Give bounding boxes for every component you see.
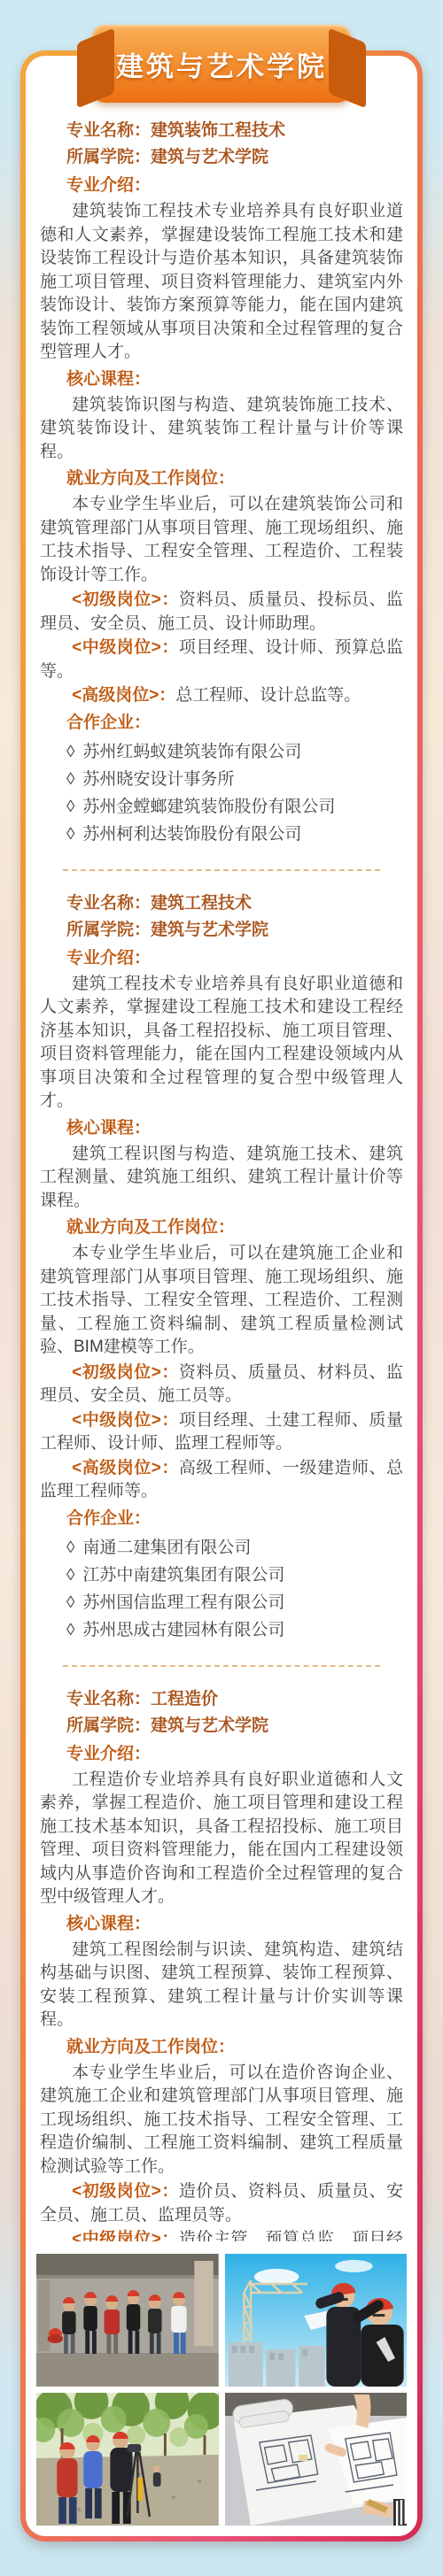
job-level-line: <中级岗位>：项目经理、设计师、预算总监等。	[40, 636, 403, 683]
partner-company-item: ◊苏州金螳螂建筑装饰股份有限公司	[40, 793, 403, 821]
intro-label: 专业介绍：	[40, 173, 403, 199]
diamond-bullet-icon: ◊	[66, 743, 74, 761]
college-label: 所属学院：	[66, 148, 151, 166]
partner-companies-list: ◊南通二建集团有限公司◊江苏中南建筑集团有限公司◊苏州国信监理工程有限公司◊苏州…	[40, 1534, 403, 1644]
dashed-divider	[63, 869, 380, 871]
major-name-value: 建筑装饰工程技术	[151, 121, 285, 140]
jobs-label: 就业方向及工作岗位：	[40, 1215, 403, 1241]
college-line: 所属学院：建筑与艺术学院	[40, 1713, 403, 1739]
photo-blueprint-work	[225, 2393, 408, 2526]
intro-label: 专业介绍：	[40, 945, 403, 972]
courses-label: 核心课程：	[40, 366, 403, 393]
courses-paragraph: 建筑装饰识图与构造、建筑装饰施工技术、建筑装饰设计、建筑装饰工程计量与计价等课程…	[40, 394, 403, 465]
college-card-inner: 专业名称：建筑装饰工程技术 所属学院：建筑与艺术学院 专业介绍： 建筑装饰工程技…	[26, 56, 417, 2536]
photo-construction-site-pointing	[225, 2254, 408, 2387]
diamond-bullet-icon: ◊	[66, 1566, 74, 1585]
college-title: 建筑与艺术学院	[116, 44, 327, 84]
jobs-paragraph: 本专业学生毕业后，可以在建筑装饰公司和建筑管理部门从事项目管理、施工现场组织、施…	[40, 493, 403, 587]
partner-company-item: ◊苏州红蚂蚁建筑装饰有限公司	[40, 738, 403, 766]
courses-paragraph: 建筑工程识图与构造、建筑施工技术、建筑工程测量、建筑施工组织、建筑工程计量计价等…	[40, 1143, 403, 1214]
partner-company-name: 南通二建集团有限公司	[82, 1539, 251, 1557]
partner-company-name: 苏州柯利达装饰股份有限公司	[82, 825, 301, 844]
intro-label: 专业介绍：	[40, 1741, 403, 1768]
college-label: 所属学院：	[66, 1716, 151, 1735]
job-level-line: <初级岗位>：造价员、资料员、质量员、安全员、施工员、监理员等。	[40, 2180, 403, 2227]
job-level-label: <高级岗位>：	[72, 1459, 179, 1477]
intro-paragraph: 建筑工程技术专业培养具有良好职业道德和人文素养，掌握建设工程施工技术和建设工程经…	[40, 973, 403, 1114]
jobs-label: 就业方向及工作岗位：	[40, 2034, 403, 2061]
job-level-line: <初级岗位>：资料员、质量员、投标员、监理员、安全员、施工员、设计师助理。	[40, 589, 403, 636]
job-levels: <初级岗位>：资料员、质量员、投标员、监理员、安全员、施工员、设计师助理。<中级…	[40, 589, 403, 708]
job-levels: <初级岗位>：资料员、质量员、材料员、监理员、安全员、施工员等。<中级岗位>：项…	[40, 1361, 403, 1504]
dashed-divider	[63, 1665, 380, 1667]
partner-company-item: ◊苏州柯利达装饰股份有限公司	[40, 821, 403, 848]
major-name-label: 专业名称：	[66, 1690, 151, 1708]
partner-company-item: ◊苏州思成古建园林有限公司	[40, 1616, 403, 1644]
job-level-label: <中级岗位>：	[72, 638, 179, 657]
job-level-roles: 总工程师、设计总监等。	[175, 686, 361, 705]
diamond-bullet-icon: ◊	[66, 1539, 74, 1557]
partner-company-name: 苏州红蚂蚁建筑装饰有限公司	[82, 743, 301, 761]
major-section-2: 专业名称：建筑工程技术 所属学院：建筑与艺术学院 专业介绍： 建筑工程技术专业培…	[36, 891, 407, 1644]
intro-paragraph: 工程造价专业培养具有良好职业道德和人文素养，掌握工程造价、施工项目管理和建设工程…	[40, 1769, 403, 1909]
job-level-line: <高级岗位>：高级工程师、一级建造师、总监理工程师等。	[40, 1457, 403, 1504]
jobs-label: 就业方向及工作岗位：	[40, 466, 403, 492]
diamond-bullet-icon: ◊	[66, 1621, 74, 1639]
jobs-paragraph: 本专业学生毕业后，可以在造价咨询企业、建筑施工企业和建筑管理部门从事项目管理、施…	[40, 2062, 403, 2179]
jobs-paragraph: 本专业学生毕业后，可以在建筑施工企业和建筑管理部门从事项目管理、施工现场组织、施…	[40, 1242, 403, 1360]
major-name-line: 专业名称：建筑装饰工程技术	[40, 118, 403, 144]
college-header-ribbon: 建筑与艺术学院	[92, 25, 351, 103]
diamond-bullet-icon: ◊	[66, 1593, 74, 1612]
photo-surveying-practice	[36, 2393, 219, 2526]
diamond-bullet-icon: ◊	[66, 825, 74, 844]
courses-label: 核心课程：	[40, 1911, 403, 1938]
photo-students-group	[36, 2254, 219, 2387]
college-value: 建筑与艺术学院	[151, 148, 268, 166]
job-level-line: <高级岗位>：总工程师、设计总监等。	[40, 684, 403, 708]
job-level-line: <中级岗位>：项目经理、土建工程师、质量工程师、设计师、监理工程师等。	[40, 1409, 403, 1456]
intro-paragraph: 建筑装饰工程技术专业培养具有良好职业道德和人文素养，掌握建设装饰工程施工技术和建…	[40, 200, 403, 365]
courses-label: 核心课程：	[40, 1115, 403, 1142]
major-name-label: 专业名称：	[66, 894, 151, 913]
partner-company-name: 苏州国信监理工程有限公司	[82, 1593, 284, 1612]
college-line: 所属学院：建筑与艺术学院	[40, 917, 403, 944]
job-levels: <初级岗位>：造价员、资料员、质量员、安全员、施工员、监理员等。<中级岗位>：造…	[40, 2180, 403, 2241]
partner-company-item: ◊苏州国信监理工程有限公司	[40, 1589, 403, 1616]
college-label: 所属学院：	[66, 921, 151, 939]
card-content: 专业名称：建筑装饰工程技术 所属学院：建筑与艺术学院 专业介绍： 建筑装饰工程技…	[36, 118, 407, 2241]
college-line: 所属学院：建筑与艺术学院	[40, 144, 403, 171]
major-name-value: 工程造价	[151, 1690, 218, 1708]
job-level-label: <中级岗位>：	[72, 2230, 179, 2241]
major-name-label: 专业名称：	[66, 121, 151, 140]
partner-company-name: 苏州晓安设计事务所	[82, 770, 234, 789]
partner-company-name: 江苏中南建筑集团有限公司	[82, 1566, 284, 1585]
job-level-label: <中级岗位>：	[72, 1411, 179, 1430]
job-level-line: <初级岗位>：资料员、质量员、材料员、监理员、安全员、施工员等。	[40, 1361, 403, 1408]
college-card: 专业名称：建筑装饰工程技术 所属学院：建筑与艺术学院 专业介绍： 建筑装饰工程技…	[20, 50, 423, 2541]
job-level-label: <初级岗位>：	[72, 2182, 179, 2201]
major-name-line: 专业名称：工程造价	[40, 1686, 403, 1713]
partner-company-item: ◊江苏中南建筑集团有限公司	[40, 1562, 403, 1589]
job-level-line: <中级岗位>：造价主管、预算总监、项目经理、建造师、质量工程师等。	[40, 2228, 403, 2241]
partners-label: 合作企业：	[40, 1506, 403, 1532]
college-value: 建筑与艺术学院	[151, 921, 268, 939]
major-name-value: 建筑工程技术	[151, 894, 252, 913]
major-section-1: 专业名称：建筑装饰工程技术 所属学院：建筑与艺术学院 专业介绍： 建筑装饰工程技…	[36, 118, 407, 848]
courses-paragraph: 建筑工程图绘制与识读、建筑构造、建筑结构基础与识图、建筑工程预算、装饰工程预算、…	[40, 1939, 403, 2032]
partner-company-name: 苏州金螳螂建筑装饰股份有限公司	[82, 798, 335, 816]
partner-company-item: ◊南通二建集团有限公司	[40, 1534, 403, 1562]
diamond-bullet-icon: ◊	[66, 770, 74, 789]
college-value: 建筑与艺术学院	[151, 1716, 268, 1735]
diamond-bullet-icon: ◊	[66, 798, 74, 816]
partner-company-item: ◊苏州晓安设计事务所	[40, 766, 403, 793]
job-level-label: <高级岗位>：	[72, 686, 175, 705]
partner-companies-list: ◊苏州红蚂蚁建筑装饰有限公司◊苏州晓安设计事务所◊苏州金螳螂建筑装饰股份有限公司…	[40, 738, 403, 848]
job-level-label: <初级岗位>：	[72, 1363, 179, 1382]
partner-company-name: 苏州思成古建园林有限公司	[82, 1621, 284, 1639]
photo-grid	[36, 2254, 407, 2526]
partners-label: 合作企业：	[40, 710, 403, 737]
major-name-line: 专业名称：建筑工程技术	[40, 891, 403, 917]
job-level-label: <初级岗位>：	[72, 590, 179, 609]
major-section-3: 专业名称：工程造价 所属学院：建筑与艺术学院 专业介绍： 工程造价专业培养具有良…	[36, 1686, 407, 2242]
